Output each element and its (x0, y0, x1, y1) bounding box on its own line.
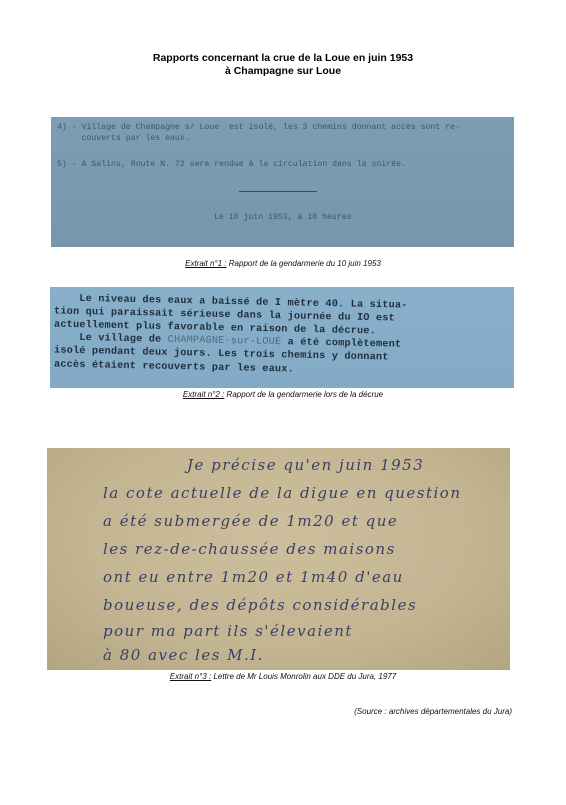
extract-2-caption: Extrait n°2 : Rapport de la gendarmerie … (0, 390, 566, 399)
caption-text: Lettre de Mr Louis Monrolin aux DDE du J… (211, 672, 396, 681)
caption-label: Extrait n°2 : (183, 390, 224, 399)
letter-line: boueuse, des dépôts considérables (103, 596, 417, 614)
letter-line: pour ma part ils s'élevaient (103, 622, 353, 640)
title-line-1: Rapports concernant la crue de la Loue e… (0, 52, 566, 65)
extract-1-caption: Extrait n°1 : Rapport de la gendarmerie … (0, 259, 566, 268)
report-line: couverts par les eaux. (57, 134, 190, 143)
letter-line: les rez-de-chaussée des maisons (103, 540, 396, 558)
report-line: accès étaient recouverts par les eaux. (54, 359, 294, 375)
letter-line: à 80 avec les M.I. (103, 646, 264, 664)
caption-text: Rapport de la gendarmerie du 10 juin 195… (227, 259, 381, 268)
report-text: Le village de (54, 332, 168, 345)
extract-3-caption: Extrait n°3 : Lettre de Mr Louis Monroli… (0, 672, 566, 681)
caption-label: Extrait n°3 : (170, 672, 211, 681)
extract-3-photo: Je précise qu'en juin 1953 la cote actue… (47, 448, 510, 670)
report-text: a été complètement (281, 337, 401, 351)
source-note: (Source : archives départementales du Ju… (354, 707, 512, 716)
letter-line: ont eu entre 1m20 et 1m40 d'eau (103, 568, 404, 586)
letter-line: la cote actuelle de la digue en question (103, 484, 461, 502)
letter-line: Je précise qu'en juin 1953 (187, 456, 424, 474)
title-line-2: à Champagne sur Loue (0, 65, 566, 78)
caption-text: Rapport de la gendarmerie lors de la déc… (224, 390, 383, 399)
letter-line: a été submergée de 1m20 et que (103, 512, 398, 530)
report-date: Le 10 juin 1953, à 18 heures (214, 213, 352, 222)
separator-rule (239, 191, 317, 192)
extract-1-photo: 4) - Village de Champagne s/ Loue est is… (51, 117, 514, 247)
village-name: CHAMPAGNE-sur-LOUE (168, 335, 282, 348)
report-line: 5) - A Salins, Route N. 72 sera rendue à… (57, 160, 406, 169)
document-title: Rapports concernant la crue de la Loue e… (0, 52, 566, 78)
extract-2-photo: Le niveau des eaux a baissé de I mètre 4… (50, 287, 514, 388)
caption-label: Extrait n°1 : (185, 259, 226, 268)
report-line: 4) - Village de Champagne s/ Loue est is… (57, 123, 460, 132)
